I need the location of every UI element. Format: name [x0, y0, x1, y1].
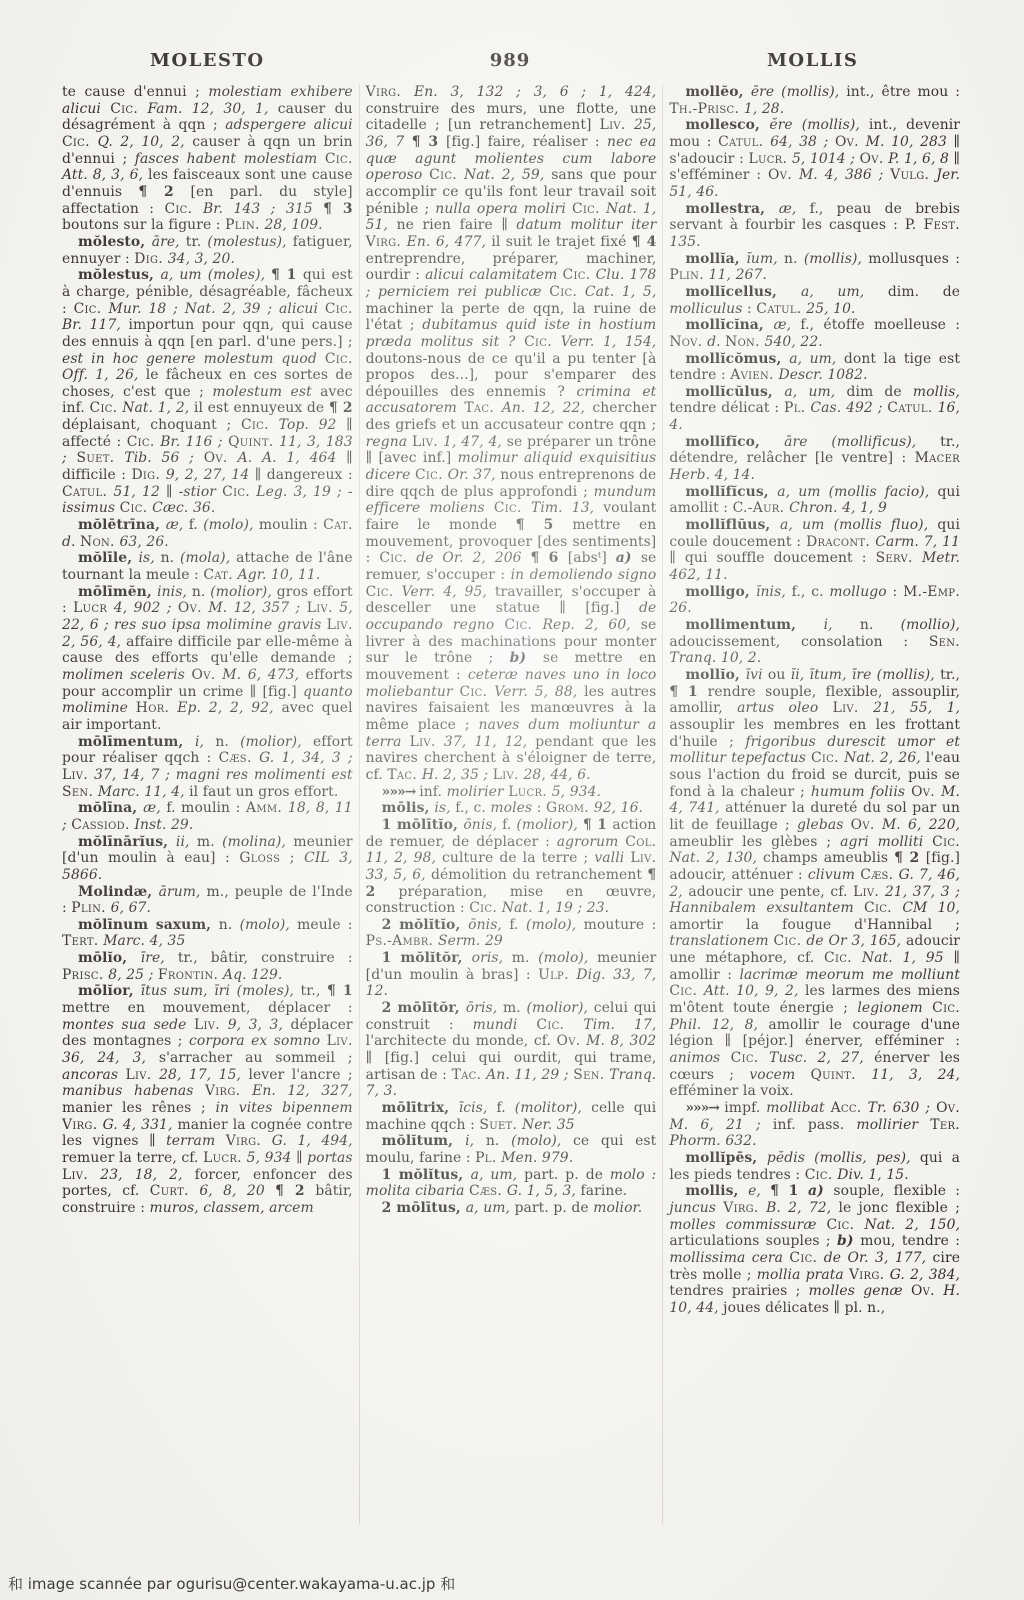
text-segment: æ, [166, 517, 189, 533]
text-segment: (molo), [240, 917, 298, 933]
text-segment: est in hoc genere molestum quod [62, 351, 325, 367]
text-segment: En. 6, 477, [407, 234, 492, 250]
dictionary-paragraph: Molindæ, ārum, m., peuple de l'Inde : Pl… [62, 884, 353, 917]
dictionary-columns: te cause d'ennui ; molestiam exhibere al… [0, 71, 1024, 1524]
text-segment: Cic. [325, 351, 353, 367]
text-segment: nulla opera moliri [435, 201, 572, 217]
text-segment: joues délicates ∥ pl. n., [723, 1300, 885, 1316]
text-segment: terram [166, 1133, 226, 1149]
scanner-credit-footer: 和 image scannée par ogurisu@center.wakay… [8, 1573, 455, 1594]
text-segment: ōris, [466, 1000, 503, 1016]
text-segment: Cic. [494, 500, 531, 516]
text-segment: Liv. [493, 767, 524, 783]
text-segment: Nat. 2, 59, [464, 167, 551, 183]
text-segment: Cic. [74, 301, 109, 317]
text-segment: (molo), [203, 517, 259, 533]
text-segment: mŏlīna, [78, 800, 143, 816]
text-segment: mollesco, [685, 117, 769, 133]
text-segment: meule : [297, 917, 353, 933]
text-segment: 1, 28. [744, 101, 784, 117]
text-segment: Prisc. [62, 967, 108, 983]
text-segment: 2, 56, 4, [62, 634, 126, 650]
text-segment: Att. 10, 9, 2, [704, 983, 805, 999]
text-segment: [fig.] faire, réaliser : [446, 134, 607, 150]
text-segment: Dracont. [806, 534, 875, 550]
archaic-form-arrow-icon: »»»→ [685, 1100, 724, 1116]
text-segment: 92, 16. [594, 800, 643, 816]
text-segment: a, um, [471, 1167, 525, 1183]
text-segment: Cic. [325, 151, 353, 167]
text-segment: Ov. [835, 134, 866, 150]
text-segment: Col. [625, 834, 656, 850]
text-segment: ¶ 1 [669, 684, 707, 700]
dictionary-paragraph: mŏlĭtum, i, n. (molo), ce qui est moulu,… [366, 1133, 657, 1166]
text-segment: de Or 3, 165, [806, 933, 906, 949]
page-header: MOLESTO 989 MOLLIS [0, 0, 1024, 71]
text-segment: Br. 143 ; 315 [203, 201, 323, 217]
dictionary-paragraph: mollesco, ĕre (mollis), int., devenir mo… [669, 117, 960, 200]
text-segment: Virg. [366, 84, 414, 100]
text-segment: Cat. [203, 567, 237, 583]
text-segment: ēre (mollis), [751, 84, 846, 100]
text-segment: clivum [808, 867, 860, 883]
text-segment: vocem [749, 1067, 810, 1083]
text-segment: a, um, [801, 284, 888, 300]
text-segment: Suet. [479, 1117, 522, 1133]
text-segment: articulations souples ; [669, 1233, 837, 1249]
text-segment: Dig. [132, 467, 166, 483]
text-segment: mollis, [685, 1183, 748, 1199]
dictionary-paragraph: mollĭcŭlus, a, um, dim de mollis, tendre… [669, 384, 960, 434]
text-segment: Gloss [239, 850, 280, 866]
text-segment: 37, 14, 7 ; magni res molimenti est [94, 767, 353, 783]
text-segment: Dig. [134, 251, 167, 267]
text-segment: Ep. 2, 2, 92, [177, 700, 281, 716]
dictionary-paragraph: mōlīmĕn, inis, n. (molior), gros effort … [62, 584, 353, 734]
dictionary-paragraph: mōlīmentum, i, n. (molior), effort pour … [62, 734, 353, 801]
text-segment: ∥ dangereux : [255, 467, 353, 483]
text-segment: Cic. [120, 500, 153, 516]
text-segment: 540, 22. [765, 334, 823, 350]
text-segment: Amm. [246, 800, 288, 816]
text-segment: Ov. [768, 167, 799, 183]
text-segment: M. 4, 386 ; [799, 167, 890, 183]
text-segment: Cic. [325, 301, 353, 317]
text-segment: Cic. [932, 1000, 960, 1016]
text-segment: efféminer la voix. [669, 1083, 793, 1099]
text-segment: mou, tendre : [860, 1233, 960, 1249]
text-segment: humum foliis [811, 784, 911, 800]
text-segment: Liv. [833, 700, 874, 716]
text-segment: P. Fest. [905, 217, 960, 233]
text-segment: īvi [746, 667, 768, 683]
text-segment: ¶ 5 [516, 517, 573, 533]
text-segment: valli [594, 850, 630, 866]
text-segment: Lucr. [748, 151, 792, 167]
text-segment: Grom. [546, 800, 594, 816]
text-segment: part. p. de [515, 1200, 594, 1216]
text-segment: Macer [915, 450, 960, 466]
text-segment: B. 2, 72, [766, 1200, 838, 1216]
text-segment: 8, 25 ; [108, 967, 158, 983]
text-segment: corpora ex somno [189, 1033, 327, 1049]
text-segment: 9, 3, 3, [228, 1017, 291, 1033]
text-segment: ĭi, ītum, īre (mollis), [791, 667, 940, 683]
text-segment: Liv. [630, 850, 656, 866]
text-segment: muros, classem, arcem [150, 1200, 314, 1216]
text-segment: Virg. [849, 1267, 890, 1283]
text-segment: Cic. [62, 134, 98, 150]
text-segment: ¶ 1 [271, 267, 303, 283]
text-segment: Cic. [524, 334, 561, 350]
text-segment: mollĕo, [685, 84, 751, 100]
text-segment: Cic. [789, 1250, 823, 1266]
text-segment: Rep. 2, 60, [543, 617, 641, 633]
text-segment: Agr. 10, 11. [238, 567, 321, 583]
text-segment: ¶ 3 [323, 201, 353, 217]
dictionary-paragraph: mōlītrix, īcis, f. (molitor), celle qui … [366, 1100, 657, 1133]
text-segment: farine. [581, 1183, 628, 1199]
text-segment: Quint. [228, 434, 279, 450]
text-segment: a, um, [784, 384, 846, 400]
text-segment: Ov. [851, 817, 882, 833]
text-segment: (molitor), [515, 1100, 591, 1116]
text-segment: Ov. [557, 1033, 587, 1049]
text-segment: 11, 2, 98, [366, 850, 442, 866]
text-segment: le jonc flexible ; [838, 1200, 960, 1216]
page-number: 989 [359, 50, 662, 71]
text-segment: Ov. [860, 151, 889, 167]
text-segment: Mur. 18 ; Nat. 2, 39 ; alicui [109, 301, 325, 317]
text-segment: Nat. 2, 130, [669, 850, 763, 866]
text-segment: ¶ 2 [275, 1183, 315, 1199]
text-segment: C.-Aur. [733, 500, 789, 516]
text-segment: mŏlesto, [78, 234, 152, 250]
text-segment: Cic. [536, 1017, 583, 1033]
dictionary-paragraph: mollĭflŭus, a, um (mollis fluo), qui cou… [669, 517, 960, 584]
text-segment: Fam. 12, 30, 1, [148, 101, 278, 117]
dictionary-paragraph: »»»→ impf. mollibat Acc. Tr. 630 ; Ov. M… [669, 1100, 960, 1150]
text-segment: mollia prata [757, 1267, 849, 1283]
text-segment: G. 1, 5, 3, [507, 1183, 581, 1199]
text-segment: il suit le trajet fixé [491, 234, 632, 250]
text-segment: mollugo [829, 584, 892, 600]
text-segment: 11, 267. [709, 267, 767, 283]
text-segment: Tr. 630 ; [868, 1100, 936, 1116]
text-segment: ōnis, [468, 917, 509, 933]
text-segment: 5, 1014 ; [792, 151, 860, 167]
text-segment: oris, [472, 950, 512, 966]
text-segment: Virg. [205, 1083, 252, 1099]
text-segment: a, um (moles), [160, 267, 271, 283]
text-segment: Phorm. 632. [669, 1133, 756, 1149]
text-segment: tr., [301, 983, 327, 999]
dictionary-paragraph: 2 mōlītus, a, um, part. p. de molior. [366, 1200, 657, 1217]
text-segment: Acc. [831, 1100, 868, 1116]
text-segment: Cic. [826, 1217, 864, 1233]
text-segment: Cic. [127, 434, 160, 450]
text-segment: f. moulin : [166, 800, 246, 816]
text-segment: is, [434, 800, 455, 816]
text-segment: -stior [179, 484, 223, 500]
text-segment: mŏlĭtum, [382, 1133, 465, 1149]
scanned-dictionary-page: MOLESTO 989 MOLLIS te cause d'ennui ; mo… [0, 0, 1024, 1600]
text-segment: m. [503, 1000, 526, 1016]
text-segment: amortir la fougue d'Hannibal ; [669, 917, 960, 933]
text-segment: mollĭo, [685, 667, 745, 683]
text-segment: adspergere alicui [225, 117, 352, 133]
text-segment: Frontin. [158, 967, 223, 983]
text-segment: Tim. 13, [531, 500, 603, 516]
text-segment: mundi [473, 1017, 537, 1033]
text-segment: n. [161, 550, 180, 566]
text-segment: : [747, 301, 756, 317]
text-segment: Nat. 1, 19 ; 23. [502, 900, 609, 916]
text-segment: Chron. 4, 1, 9 [789, 500, 887, 516]
text-segment: Verr. 1, 154, [561, 334, 657, 350]
text-segment: Pl. [475, 1150, 501, 1166]
text-segment: a) [616, 550, 641, 566]
text-segment: 33, 5, 6, [366, 867, 431, 883]
text-segment: souple, flexible : [833, 1183, 960, 1199]
text-segment: Suet. [77, 450, 125, 466]
text-segment: Cic. [222, 484, 256, 500]
text-segment: āre, [152, 234, 186, 250]
text-segment: f. [189, 517, 204, 533]
text-segment: ne rien faire ∥ [397, 217, 517, 233]
text-segment: Plin. [71, 900, 110, 916]
text-segment: Liv. [62, 767, 94, 783]
text-segment: Liv. [853, 884, 885, 900]
text-segment: Ov. [936, 1100, 960, 1116]
text-segment: manibus habenas [62, 1083, 205, 1099]
text-segment: molligo, [685, 584, 756, 600]
text-segment: Tim. 17, [583, 1017, 656, 1033]
text-segment: d. [62, 534, 80, 550]
text-segment: 6, 8, 20 [199, 1183, 275, 1199]
text-segment: Serm. 29 [438, 933, 503, 949]
text-segment: portas [307, 1150, 353, 1166]
text-segment: Plin. [225, 217, 264, 233]
text-segment: mollimentum, [685, 617, 823, 633]
text-segment: a, um (mollis facio), [777, 484, 937, 500]
text-segment: Q. 2, 10, 2, [98, 134, 193, 150]
text-segment: ¶ 4 [632, 234, 657, 250]
text-segment: 135. [669, 234, 700, 250]
text-segment: Cic. [459, 684, 494, 700]
text-segment: ¶ 2 [329, 400, 353, 416]
text-segment: 25, 10. [806, 301, 855, 317]
text-segment: 64, 38 ; [770, 134, 835, 150]
text-segment: Th.-Prisc. [669, 101, 744, 117]
text-segment: mouture : [584, 917, 657, 933]
text-segment: Liv. [410, 734, 444, 750]
text-segment: translationem [669, 933, 773, 949]
text-segment: a, um, [466, 1200, 515, 1216]
text-segment: a, um, [789, 351, 844, 367]
text-segment: Ov. [911, 1283, 943, 1299]
text-segment: 26. [669, 600, 691, 616]
text-segment: part. p. de [524, 1167, 610, 1183]
text-segment: n. [215, 734, 240, 750]
text-segment: de Or. 3, 177, [824, 1250, 933, 1266]
text-segment: Cic. [241, 417, 279, 433]
text-segment: An. 12, 22, [502, 400, 593, 416]
text-segment: Aq. 129. [223, 967, 282, 983]
text-segment: Cic. [90, 400, 123, 416]
text-segment: tendre délicat : [669, 400, 784, 416]
text-segment: agri molliti [840, 834, 932, 850]
text-segment: Cic. [824, 950, 862, 966]
text-segment: Non. [725, 334, 764, 350]
text-segment: ārum, [159, 884, 207, 900]
text-segment: ītus sum, īri (moles), [141, 983, 301, 999]
text-segment: molles commissuræ [669, 1217, 826, 1233]
dictionary-paragraph: mōlis, is, f., c. moles : Grom. 92, 16. [366, 800, 657, 817]
text-segment: mollĭfĭcus, [685, 484, 777, 500]
text-segment: juncus [669, 1200, 723, 1216]
text-segment: : [537, 800, 546, 816]
text-segment: Nat. 2, 26, [844, 750, 926, 766]
dictionary-paragraph: 1 mŏlĭtus, a, um, part. p. de molo : mol… [366, 1167, 657, 1200]
text-segment: : [893, 584, 904, 600]
text-segment: An. 11, 29 ; [486, 1067, 573, 1083]
text-segment: Liv. [307, 600, 340, 616]
text-segment: ĭnis, [756, 584, 792, 600]
dictionary-paragraph: mŏlesto, āre, tr. (molestus), fatiguer, … [62, 234, 353, 267]
text-segment: Cas. 492 ; [810, 400, 887, 416]
text-segment: Cic. [366, 584, 402, 600]
text-segment: mettre en mouvement, déplacer : [62, 1000, 353, 1016]
text-segment: Tranq. 10, 2. [669, 650, 761, 666]
text-segment: Virg. [723, 1200, 766, 1216]
text-segment: Cat. [323, 517, 353, 533]
text-segment: manier les rênes ; [62, 1100, 216, 1116]
text-segment: tendres prairies ; [669, 1283, 808, 1299]
text-segment: Sen. [929, 634, 960, 650]
text-segment: Cic. [864, 900, 902, 916]
text-segment: ¶ 1 [770, 1183, 808, 1199]
text-segment: mollĭcellus, [685, 284, 801, 300]
text-segment: Men. 979. [501, 1150, 573, 1166]
text-segment: Ov. [192, 667, 223, 683]
running-title-left: MOLESTO [56, 50, 359, 71]
text-segment: H. 2, 35 ; [422, 767, 493, 783]
text-segment: G. 4, 331, [103, 1117, 178, 1133]
text-segment: æ, [773, 317, 800, 333]
text-segment: mōlīmĕn, [78, 584, 157, 600]
dictionary-paragraph: mŏlīnārĭus, ii, m. (molina), meunier [d'… [62, 834, 353, 884]
text-segment: Ov. [178, 600, 209, 616]
running-title-right: MOLLIS [661, 50, 964, 71]
text-segment: remuer la terre, cf. [62, 1150, 203, 1166]
text-segment: Cæc. 36. [152, 500, 215, 516]
text-segment: M. 6, 473, [222, 667, 306, 683]
text-segment: Ter. [930, 1117, 960, 1133]
text-segment: n. [784, 251, 804, 267]
text-segment: ancoras [62, 1067, 126, 1083]
text-segment: 1, 47, 4, [443, 434, 507, 450]
text-segment: montes sua sede [62, 1017, 194, 1033]
text-segment: démolition du retranchement [431, 867, 647, 883]
text-segment: ¶ 1 [327, 983, 353, 999]
text-segment: Liv. [600, 117, 634, 133]
text-segment: impf. [724, 1100, 766, 1116]
text-segment: En. 12, 327, [252, 1083, 353, 1099]
dictionary-paragraph: 1 mŏlĭtŏr, oris, m. (molo), meunier [d'u… [366, 950, 657, 1000]
text-segment: 21, 55, 1, [873, 700, 960, 716]
text-segment: in vites bipennem [216, 1100, 353, 1116]
text-segment: a) [808, 1183, 833, 1199]
text-segment: Tac. [452, 1067, 487, 1083]
text-segment: Catul. [718, 134, 770, 150]
text-segment: f., c. [455, 800, 490, 816]
text-segment: 2 mōlītus, [382, 1200, 466, 1216]
text-segment: alicui calamitatem [425, 267, 562, 283]
text-segment: mōlĭo, [78, 950, 141, 966]
text-segment: molimen sceleris [62, 667, 192, 683]
text-segment: Herb. 4, 14. [669, 467, 755, 483]
text-segment: 2 mŏlĭtĭo, [382, 917, 468, 933]
text-segment: Pl. [784, 400, 810, 416]
text-segment: ¶ 1 [583, 817, 612, 833]
dictionary-paragraph: mōlĭor, ītus sum, īri (moles), tr., ¶ 1 … [62, 983, 353, 1216]
text-segment: molles genæ [809, 1283, 911, 1299]
text-segment: lacrimæ meorum me molliunt [739, 967, 960, 983]
text-segment: Serv. [876, 550, 922, 566]
text-segment: f., étoffe moelleuse : [800, 317, 960, 333]
text-segment: (molior), [526, 1000, 593, 1016]
text-segment: (molestus), [207, 234, 292, 250]
dictionary-paragraph: te cause d'ennui ; molestiam exhibere al… [62, 84, 353, 234]
text-segment: 51, 12 [114, 484, 166, 500]
text-segment: boutons sur la figure : [62, 217, 225, 233]
text-segment: Hor. [136, 700, 177, 716]
text-segment: Sen. [573, 1067, 609, 1083]
dictionary-paragraph: mollĭcŏmus, a, um, dont la tige est tend… [669, 351, 960, 384]
text-segment: Tac. [387, 767, 421, 783]
text-segment: G. 2, 384, [890, 1267, 960, 1283]
text-segment: ∥ [296, 1150, 307, 1166]
text-segment: m. [197, 834, 222, 850]
text-segment: molirier [447, 784, 509, 800]
text-segment: culture de la terre ; [442, 850, 594, 866]
text-segment: Cic. [504, 617, 542, 633]
text-segment: Inst. 29. [134, 817, 193, 833]
text-segment: Catul. [62, 484, 114, 500]
text-segment: mōlĭor, [78, 983, 141, 999]
text-segment: il faut un gros effort. [189, 784, 338, 800]
text-segment: ¶ 2 [138, 184, 190, 200]
text-segment: P. 1, 6, 8 [888, 151, 953, 167]
dictionary-paragraph: mollimentum, i, n. (mollio), adoucisseme… [669, 617, 960, 667]
text-segment: (molo), [526, 917, 584, 933]
text-segment: mollĭa, [685, 251, 746, 267]
text-segment: Phil. 12, 8, [669, 1017, 768, 1033]
text-segment: Marc. 11, 4, [98, 784, 189, 800]
text-segment: f., c. [792, 584, 830, 600]
text-segment: mollusques : [868, 251, 960, 267]
text-segment: inis, [157, 584, 192, 600]
text-segment: mŏlīnārĭus, [78, 834, 176, 850]
text-segment: i, [195, 734, 215, 750]
text-segment: mollĭfĭco, [685, 434, 784, 450]
text-segment: s'arracher au sommeil ; [159, 1050, 353, 1066]
text-segment: [absᵗ] [568, 550, 616, 566]
text-segment: fasces habent molestiam [135, 151, 325, 167]
text-segment: Cat. 1, 5, [585, 284, 656, 300]
text-segment: mollibat [766, 1100, 830, 1116]
